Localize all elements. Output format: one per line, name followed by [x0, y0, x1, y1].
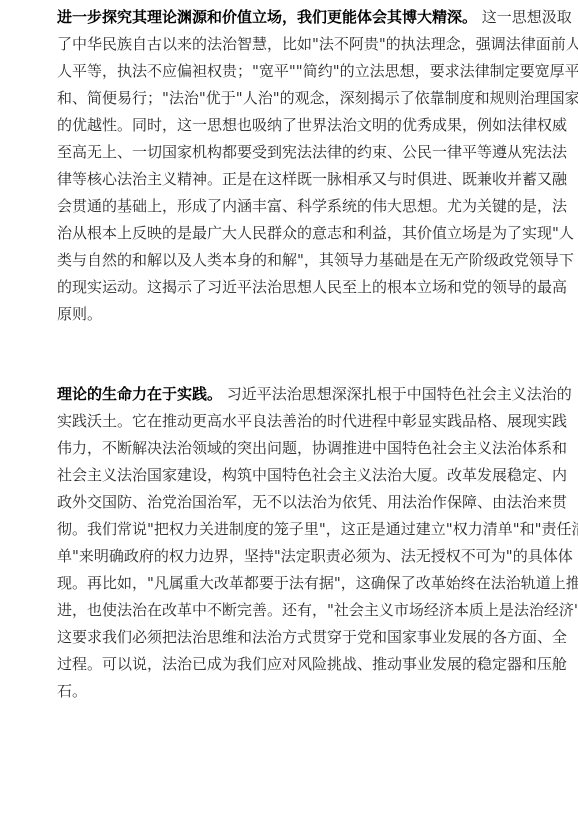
text-line: 进一步探究其理论渊源和价值立场，我们更能体会其博大精深。 这一思想汲取	[57, 4, 527, 31]
text-line: 这要求我们必须把法治思维和法治方式贯穿于党和国家事业发展的各方面、全	[57, 624, 527, 651]
paragraph-lead-heading: 进一步探究其理论渊源和价值立场，我们更能体会其博大精深。	[57, 8, 477, 26]
text-line: 理论的生命力在于实践。 习近平法治思想深深扎根于中国特色社会主义法治的	[57, 381, 527, 408]
text-line: 石。	[57, 678, 527, 705]
text-line: 进，也使法治在改革中不断完善。还有，"社会主义市场经济本质上是法治经济"，	[57, 597, 527, 624]
text-line: 和、简便易行；"法治"优于"人治"的观念，深刻揭示了依靠制度和规则治理国家	[57, 85, 527, 112]
text-line: 的现实运动。这揭示了习近平法治思想人民至上的根本立场和党的领导的最高	[57, 274, 527, 301]
text-line: 治从根本上反映的是最广大人民群众的意志和利益，其价值立场是为了实现"人	[57, 220, 527, 247]
text-line: 原则。	[57, 301, 527, 328]
text-line: 类与自然的和解以及人类本身的和解"，其领导力基础是在无产阶级政党领导下	[57, 247, 527, 274]
text-line: 单"来明确政府的权力边界，坚持"法定职责必须为、法无授权不可为"的具体体	[57, 543, 527, 570]
text-line: 律等核心法治主义精神。正是在这样既一脉相承又与时俱进、既兼收并蓄又融	[57, 166, 527, 193]
paragraph-theory-origins: 进一步探究其理论渊源和价值立场，我们更能体会其博大精深。 这一思想汲取 了中华民…	[57, 4, 527, 328]
text-line: 伟力，不断解决法治领域的突出问题，协调推进中国特色社会主义法治体系和	[57, 435, 527, 462]
text-line: 的优越性。同时，这一思想也吸纳了世界法治文明的优秀成果，例如法律权威	[57, 112, 527, 139]
paragraph-practice: 理论的生命力在于实践。 习近平法治思想深深扎根于中国特色社会主义法治的 实践沃土…	[57, 381, 527, 705]
text-line: 了中华民族自古以来的法治智慧，比如"法不阿贵"的执法理念，强调法律面前人	[57, 31, 527, 58]
text-line: 社会主义法治国家建设，构筑中国特色社会主义法治大厦。改革发展稳定、内	[57, 462, 527, 489]
document-page: 进一步探究其理论渊源和价值立场，我们更能体会其博大精深。 这一思想汲取 了中华民…	[57, 4, 527, 705]
text-line: 过程。可以说，法治已成为我们应对风险挑战、推动事业发展的稳定器和压舱	[57, 651, 527, 678]
text-line: 实践沃土。它在推动更高水平良法善治的时代进程中彰显实践品格、展现实践	[57, 408, 527, 435]
text-line: 现。再比如，"凡属重大改革都要于法有据"，这确保了改革始终在法治轨道上推	[57, 570, 527, 597]
text-line: 政外交国防、治党治国治军，无不以法治为依凭、用法治作保障、由法治来贯	[57, 489, 527, 516]
text-line: 会贯通的基础上，形成了内涵丰富、科学系统的伟大思想。尤为关键的是，法	[57, 193, 527, 220]
paragraph-lead-heading: 理论的生命力在于实践。	[57, 385, 222, 403]
paragraph-spacer	[57, 328, 527, 381]
text-line: 彻。我们常说"把权力关进制度的笼子里"，这正是通过建立"权力清单"和"责任清	[57, 516, 527, 543]
text-line: 人平等，执法不应偏袒权贵；"宽平""简约"的立法思想，要求法律制定要宽厚平	[57, 58, 527, 85]
text-line: 至高无上、一切国家机构都要受到宪法法律的约束、公民一律平等遵从宪法法	[57, 139, 527, 166]
